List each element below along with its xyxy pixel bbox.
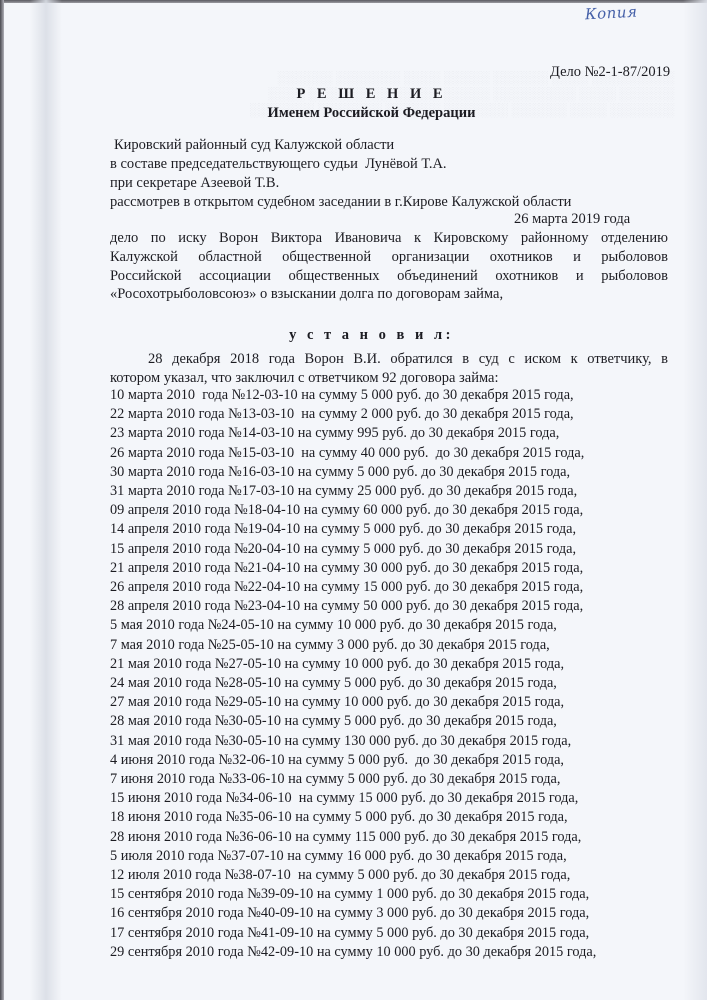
- case-description-line: дело по иску Ворон Виктора Ивановича к К…: [110, 229, 668, 248]
- loan-item: 30 марта 2010 года №16-03-10 на сумму 5 …: [110, 463, 596, 482]
- court-hearing: рассмотрев в открытом судебном заседании…: [110, 193, 571, 211]
- loan-item: 5 мая 2010 года №24-05-10 на сумму 10 00…: [110, 616, 596, 635]
- loan-item: 26 марта 2010 года №15-03-10 на сумму 40…: [110, 444, 596, 463]
- loan-item: 28 апреля 2010 года №23-04-10 на сумму 5…: [110, 597, 596, 616]
- scan-shadow: [30, 0, 62, 1000]
- loan-item: 21 апреля 2010 года №21-04-10 на сумму 3…: [110, 559, 596, 578]
- case-description-line: Российской ассоциации общественных объед…: [110, 267, 668, 286]
- loan-item: 16 сентября 2010 года №40-09-10 на сумму…: [110, 904, 596, 923]
- loan-item: 18 июня 2010 года №35-06-10 на сумму 5 0…: [110, 808, 596, 827]
- loan-item: 17 сентября 2010 года №41-09-10 на сумму…: [110, 924, 596, 943]
- loan-item: 23 марта 2010 года №14-03-10 на сумму 99…: [110, 424, 596, 443]
- court-name: Кировский районный суд Калужской области: [114, 136, 394, 154]
- intro-line: 28 декабря 2018 года Ворон В.И. обратилс…: [110, 350, 668, 369]
- loan-item: 24 мая 2010 года №28-05-10 на сумму 5 00…: [110, 674, 596, 693]
- loan-item: 7 июня 2010 года №33-06-10 на сумму 5 00…: [110, 770, 596, 789]
- scan-edge-left: [0, 0, 4, 1000]
- document-subtitle: Именем Российской Федерации: [0, 105, 707, 122]
- case-description-line: Калужской областной общественной организ…: [110, 248, 668, 267]
- hearing-date: 26 марта 2019 года: [514, 211, 630, 228]
- case-number: Дело №2-1-87/2019: [550, 64, 670, 81]
- case-description: дело по иску Ворон Виктора Ивановича к К…: [110, 229, 668, 304]
- document-title: Р Е Ш Е Н И Е: [0, 86, 707, 103]
- loan-item: 15 сентября 2010 года №39-09-10 на сумму…: [110, 885, 596, 904]
- loan-item: 09 апреля 2010 года №18-04-10 на сумму 6…: [110, 501, 596, 520]
- handwritten-copy-mark: Копия: [585, 3, 638, 24]
- case-description-line: «Росохотрыболовсоюз» о взыскании долга п…: [110, 285, 668, 304]
- court-secretary: при секретаре Азеевой Т.В.: [110, 174, 279, 192]
- loan-list: 10 марта 2010 года №12-03-10 на сумму 5 …: [110, 386, 596, 962]
- loan-item: 29 сентября 2010 года №42-09-10 на сумму…: [110, 943, 596, 962]
- loan-item: 28 июня 2010 года №36-06-10 на сумму 115…: [110, 828, 596, 847]
- loan-item: 12 июля 2010 года №38-07-10 на сумму 5 0…: [110, 866, 596, 885]
- intro-line: котором указал, что заключил с ответчико…: [110, 369, 668, 388]
- loan-item: 7 мая 2010 года №25-05-10 на сумму 3 000…: [110, 636, 596, 655]
- loan-item: 31 мая 2010 года №30-05-10 на сумму 130 …: [110, 732, 596, 751]
- loan-item: 4 июня 2010 года №32-06-10 на сумму 5 00…: [110, 751, 596, 770]
- intro-paragraph: 28 декабря 2018 года Ворон В.И. обратилс…: [110, 350, 668, 387]
- loan-item: 27 мая 2010 года №29-05-10 на сумму 10 0…: [110, 693, 596, 712]
- loan-item: 15 июня 2010 года №34-06-10 на сумму 15 …: [110, 789, 596, 808]
- loan-item: 26 апреля 2010 года №22-04-10 на сумму 1…: [110, 578, 596, 597]
- loan-item: 28 мая 2010 года №30-05-10 на сумму 5 00…: [110, 712, 596, 731]
- scan-shadow-right: [683, 0, 707, 1000]
- loan-item: 5 июля 2010 года №37-07-10 на сумму 16 0…: [110, 847, 596, 866]
- loan-item: 14 апреля 2010 года №19-04-10 на сумму 5…: [110, 520, 596, 539]
- established-heading: у с т а н о в и л:: [0, 327, 707, 344]
- loan-item: 21 мая 2010 года №27-05-10 на сумму 10 0…: [110, 655, 596, 674]
- loan-item: 31 марта 2010 года №17-03-10 на сумму 25…: [110, 482, 596, 501]
- loan-item: 15 апреля 2010 года №20-04-10 на сумму 5…: [110, 540, 596, 559]
- loan-item: 10 марта 2010 года №12-03-10 на сумму 5 …: [110, 386, 596, 405]
- loan-item: 22 марта 2010 года №13-03-10 на сумму 2 …: [110, 405, 596, 424]
- scan-edge-top: [0, 0, 707, 3]
- court-judge: в составе председательствующего судьи Лу…: [110, 155, 447, 173]
